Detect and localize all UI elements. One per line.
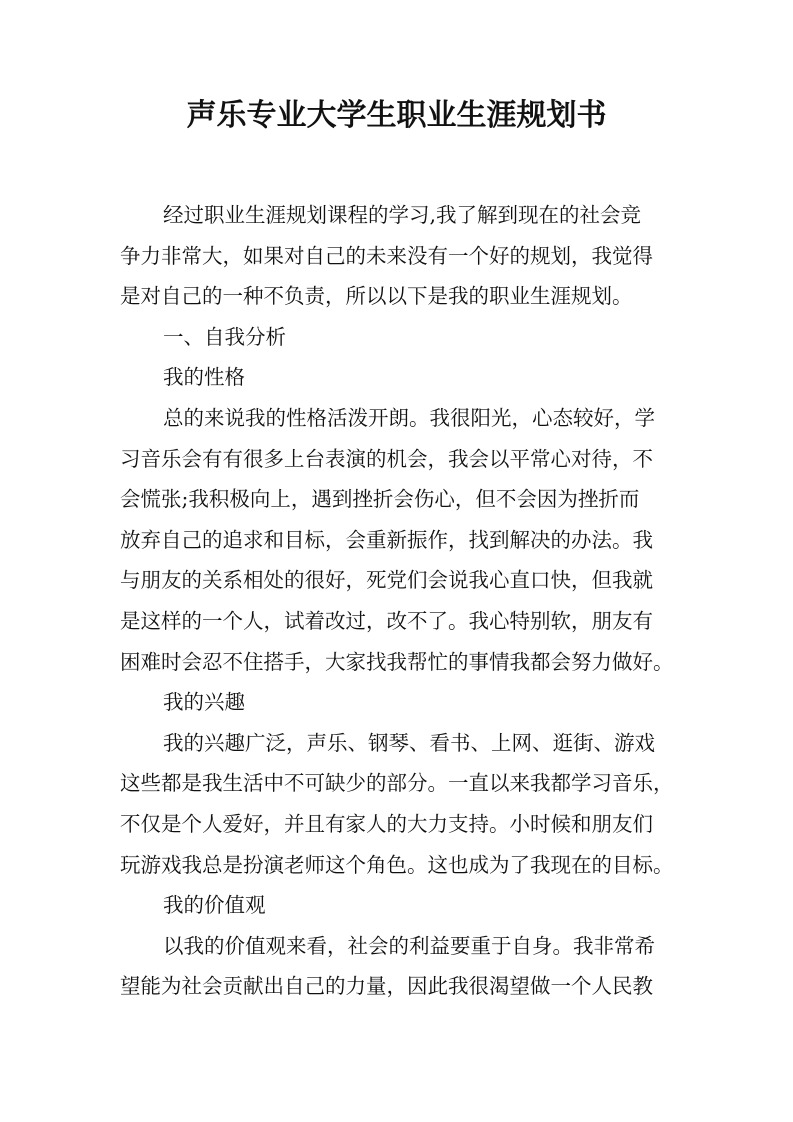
text-line: 会慌张;我积极向上，遇到挫折会伤心，但不会因为挫折而 — [120, 479, 676, 520]
subheading-interests: 我的兴趣 — [120, 682, 676, 723]
text-line: 望能为社会贡献出自己的力量，因此我很渴望做一个人民教 — [120, 966, 676, 1007]
document-body: 经过职业生涯规划课程的学习,我了解到现在的社会竞 争力非常大，如果对自己的未来没… — [120, 195, 676, 1007]
text-line: 不仅是个人爱好，并且有家人的大力支持。小时候和朋友们 — [120, 804, 676, 845]
text-line: 习音乐会有有很多上台表演的机会，我会以平常心对待，不 — [120, 439, 676, 480]
text-line: 争力非常大，如果对自己的未来没有一个好的规划，我觉得 — [120, 236, 676, 277]
text-line: 是这样的一个人，试着改过，改不了。我心特别软，朋友有 — [120, 601, 676, 642]
text-line: 困难时会忍不住搭手，大家找我帮忙的事情我都会努力做好。 — [120, 642, 676, 683]
text-line: 总的来说我的性格活泼开朗。我很阳光，心态较好，学 — [120, 398, 676, 439]
text-line: 这些都是我生活中不可缺少的部分。一直以来我都学习音乐， — [120, 763, 676, 804]
text-line: 放弃自己的追求和目标，会重新振作，找到解决的办法。我 — [120, 520, 676, 561]
subheading-values: 我的价值观 — [120, 885, 676, 926]
text-line: 经过职业生涯规划课程的学习,我了解到现在的社会竞 — [120, 195, 676, 236]
text-line: 我的兴趣广泛，声乐、钢琴、看书、上网、逛街、游戏 — [120, 723, 676, 764]
section-heading-self-analysis: 一、自我分析 — [120, 317, 676, 358]
text-line: 以我的价值观来看，社会的利益要重于自身。我非常希 — [120, 926, 676, 967]
text-line: 玩游戏我总是扮演老师这个角色。这也成为了我现在的目标。 — [120, 845, 676, 886]
document-title: 声乐专业大学生职业生涯规划书 — [0, 96, 793, 136]
document-page: 声乐专业大学生职业生涯规划书 经过职业生涯规划课程的学习,我了解到现在的社会竞 … — [0, 0, 793, 1122]
text-line: 与朋友的关系相处的很好，死党们会说我心直口快，但我就 — [120, 560, 676, 601]
subheading-personality: 我的性格 — [120, 357, 676, 398]
text-line: 是对自己的一种不负责，所以以下是我的职业生涯规划。 — [120, 276, 676, 317]
